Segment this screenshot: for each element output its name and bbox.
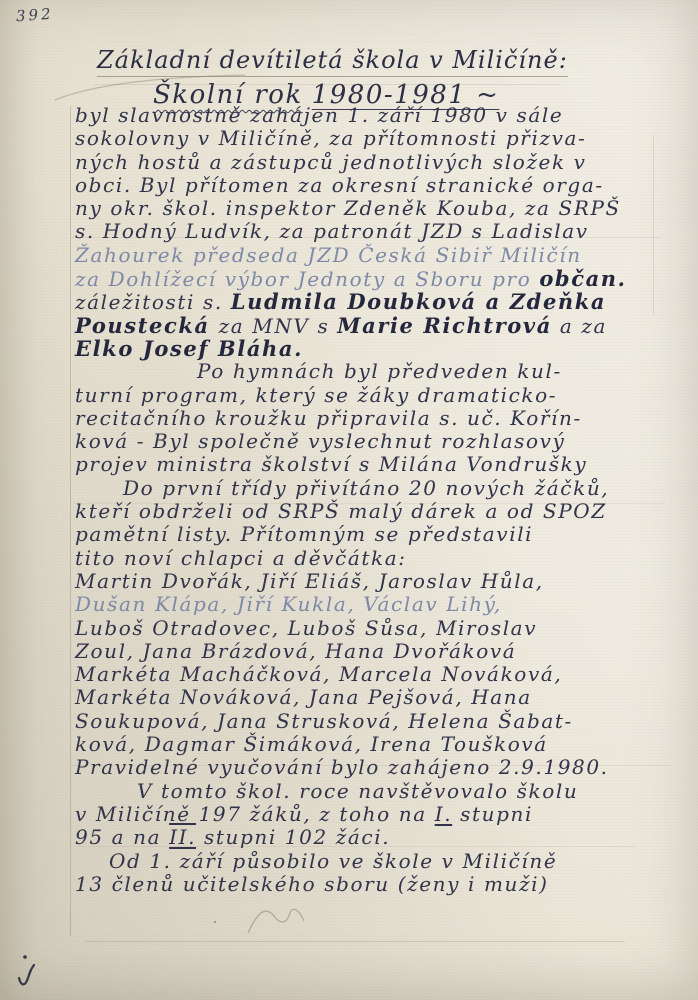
text-segment: záležitosti s.: [75, 290, 231, 314]
handwriting-line: Markéta Macháčková, Marcela Nováková,: [75, 663, 675, 686]
text-segment: turní program, který se žáky dramaticko-: [75, 383, 557, 407]
pencil-scribble-icon: [246, 903, 308, 939]
text-segment: Žahourek předseda JZD Česká Sibiř Miličí…: [75, 243, 582, 267]
handwriting-line: 95 a na II. stupni 102 žáci.: [75, 826, 675, 849]
left-margin-line: [70, 106, 71, 936]
text-segment: recitačního kroužku připravila s. uč. Ko…: [75, 406, 582, 430]
handwriting-line: s. Hodný Ludvík, za patronát JZD s Ladis…: [75, 220, 675, 243]
text-segment: sokolovny v Miličíně, za přítomnosti při…: [75, 126, 586, 150]
text-segment: Soukupová, Jana Strusková, Helena Šabat-: [75, 709, 573, 733]
text-segment: V tomto škol. roce navštěvovalo školu: [137, 779, 578, 803]
text-segment: 13 členů učitelského sboru (ženy i muži): [75, 872, 549, 896]
handwriting-line: Dušan Klápa, Jiří Kukla, Václav Lihý,: [75, 593, 675, 616]
handwriting-line: Soukupová, Jana Strusková, Helena Šabat-: [75, 710, 675, 733]
text-segment: ková, Dagmar Šimáková, Irena Toušková: [75, 732, 548, 756]
text-segment: projev ministra školství s Milána Vondru…: [75, 452, 587, 476]
pencil-rule: [85, 941, 625, 942]
handwriting-line: v Miličíně 197 žáků, z toho na I. stupni: [75, 803, 675, 826]
text-segment: Markéta Nováková, Jana Pejšová, Hana: [75, 685, 532, 709]
text-segment: Od 1. září působilo ve škole v Miličíně: [109, 849, 557, 873]
text-segment: s. Hodný Ludvík, za patronát JZD s Ladis…: [75, 219, 589, 243]
handwriting-line: Elko Josef Bláha.: [75, 337, 675, 360]
handwriting-line: 13 členů učitelského sboru (ženy i muži): [75, 873, 675, 896]
handwriting-line: pamětní listy. Přítomným se představili: [75, 523, 675, 546]
text-segment: a za: [552, 314, 607, 338]
text-segment: obci. Byl přítomen za okresní stranické …: [75, 173, 604, 197]
text-segment: občan.: [539, 266, 626, 291]
chronicle-page-photo: 392 Základní devítiletá škola v Miličíně…: [0, 0, 698, 1000]
text-segment: I.: [435, 802, 452, 826]
pencil-arc: [50, 68, 250, 108]
text-segment: stupni: [452, 802, 533, 826]
handwriting-line: byl slavnostně zahájen 1. září 1980 v sá…: [75, 104, 675, 127]
text-segment: ných hostů a zástupců jednotlivých slože…: [75, 150, 587, 174]
text-segment: pamětní listy. Přítomným se představili: [75, 522, 533, 546]
handwriting-line: ková - Byl společně vyslechnut rozhlasov…: [75, 430, 675, 453]
handwriting-line: turní program, který se žáky dramaticko-: [75, 384, 675, 407]
text-segment: Dušan Klápa, Jiří Kukla, Václav Lihý,: [75, 592, 502, 616]
text-segment: Marie Richtrová: [337, 313, 552, 338]
handwriting-line: obci. Byl přítomen za okresní stranické …: [75, 174, 675, 197]
handwriting-line: Do první třídy přivítáno 20 nových žáčků…: [75, 477, 675, 500]
text-segment: kteří obdrželi od SRPŠ malý dárek a od S…: [75, 499, 607, 523]
text-segment: Ludmila Doubková a Zdeňka: [231, 289, 606, 314]
handwriting-line: ková, Dagmar Šimáková, Irena Toušková: [75, 733, 675, 756]
text-segment: tito noví chlapci a děvčátka:: [75, 546, 407, 570]
handwriting-line: ny okr. škol. inspektor Zdeněk Kouba, za…: [75, 197, 675, 220]
text-segment: II.: [169, 825, 196, 849]
text-segment: Do první třídy přivítáno 20 nových žáčků…: [123, 476, 609, 500]
handwriting-line: záležitosti s. Ludmila Doubková a Zdeňka: [75, 290, 675, 313]
text-segment: za MNV s: [219, 314, 338, 338]
page-number: 392: [15, 5, 54, 26]
handwritten-body: byl slavnostně zahájen 1. září 1980 v sá…: [75, 104, 675, 896]
text-segment: Luboš Otradovec, Luboš Sůsa, Miroslav: [75, 616, 537, 640]
text-segment: Markéta Macháčková, Marcela Nováková,: [75, 662, 562, 686]
handwriting-line: Luboš Otradovec, Luboš Sůsa, Miroslav: [75, 617, 675, 640]
handwriting-line: Od 1. září působilo ve škole v Miličíně: [75, 850, 675, 873]
pencil-dot: [214, 921, 216, 923]
handwriting-line: Po hymnách byl předveden kul-: [75, 360, 675, 383]
text-segment: Po hymnách byl předveden kul-: [197, 359, 562, 383]
handwriting-line: Žahourek předseda JZD Česká Sibiř Miličí…: [75, 244, 675, 267]
text-segment: v Miličíně 197 žáků, z toho na: [75, 802, 435, 826]
text-segment: ny okr. škol. inspektor Zdeněk Kouba, za…: [75, 196, 621, 220]
handwriting-line: Poustecká za MNV s Marie Richtrová a za: [75, 314, 675, 337]
handwriting-line: tito noví chlapci a děvčátka:: [75, 547, 675, 570]
handwriting-line: Martin Dvořák, Jiří Eliáš, Jaroslav Hůla…: [75, 570, 675, 593]
handwriting-line: Markéta Nováková, Jana Pejšová, Hana: [75, 686, 675, 709]
text-segment: Poustecká: [75, 313, 219, 338]
text-segment: Pravidelné vyučování bylo zahájeno 2.9.1…: [75, 755, 609, 779]
text-segment: Martin Dvořák, Jiří Eliáš, Jaroslav Hůla…: [75, 569, 544, 593]
handwriting-line: V tomto škol. roce navštěvovalo školu: [75, 780, 675, 803]
text-segment: Elko Josef Bláha.: [75, 336, 303, 361]
text-segment: stupni 102 žáci.: [196, 825, 390, 849]
check-mark-icon: [14, 950, 42, 992]
handwriting-line: sokolovny v Miličíně, za přítomnosti při…: [75, 127, 675, 150]
text-segment: byl slavnostně zahájen 1. září 1980 v sá…: [75, 103, 563, 127]
handwriting-line: projev ministra školství s Milána Vondru…: [75, 453, 675, 476]
text-segment: Zoul, Jana Brázdová, Hana Dvořáková: [75, 639, 516, 663]
handwriting-line: kteří obdrželi od SRPŠ malý dárek a od S…: [75, 500, 675, 523]
handwriting-line: Zoul, Jana Brázdová, Hana Dvořáková: [75, 640, 675, 663]
text-segment: 95 a na: [75, 825, 169, 849]
handwriting-line: ných hostů a zástupců jednotlivých slože…: [75, 151, 675, 174]
handwriting-line: Pravidelné vyučování bylo zahájeno 2.9.1…: [75, 756, 675, 779]
handwriting-line: recitačního kroužku připravila s. uč. Ko…: [75, 407, 675, 430]
text-segment: za Dohlížecí výbor Jednoty a Sboru pro: [75, 267, 539, 291]
text-segment: ková - Byl společně vyslechnut rozhlasov…: [75, 429, 565, 453]
handwriting-line: za Dohlížecí výbor Jednoty a Sboru pro o…: [75, 267, 675, 290]
